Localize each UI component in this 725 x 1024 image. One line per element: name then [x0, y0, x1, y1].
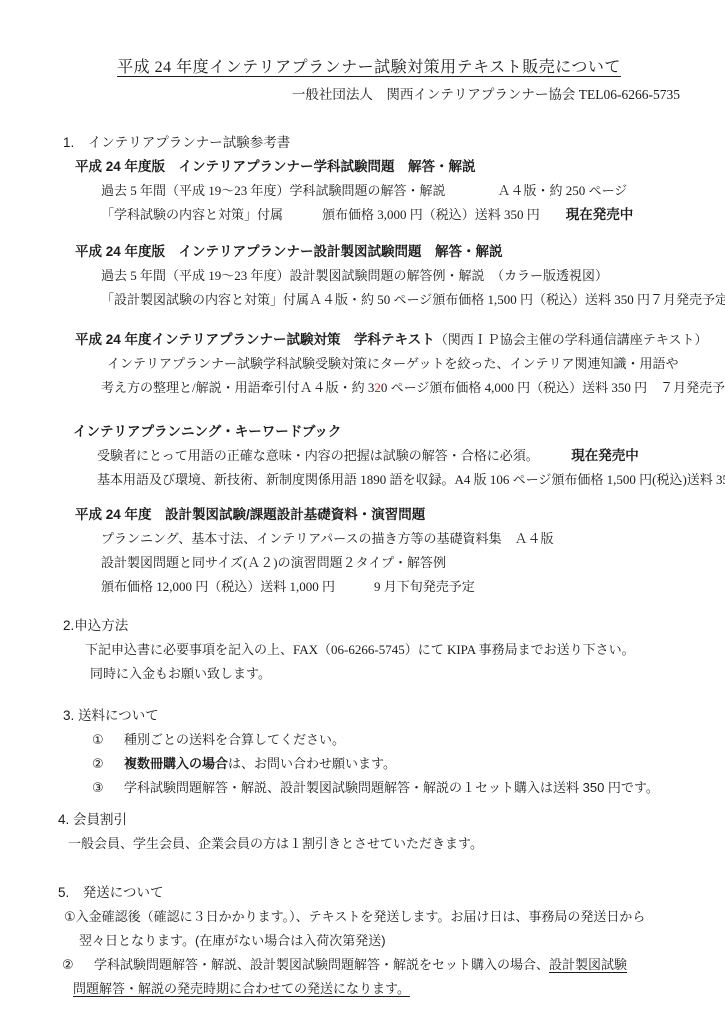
item-text-underlined: 設計製図試験 — [549, 957, 627, 972]
publisher-line: 一般社団法人 関西インテリアプランナー協会 TEL06-6266-5735 — [58, 83, 680, 107]
doc-title-text: 平成 24 年度インテリアプランナー試験対策用テキスト販売について — [117, 59, 621, 76]
section-4-kaiin: 4. 会員割引 一般会員、学生会員、企業会員の方は１割引きとさせていただきます。 — [58, 808, 680, 856]
section-2-line: 同時に入金もお願い致します。 — [90, 662, 680, 686]
detail-text: 受験者にとって用語の正確な意味・内容の把握は試験の解答・合格に必須。 — [97, 448, 571, 463]
product-title: 平成 24 年度版 インテリアプランナー設計製図試験問題 解答・解説 — [75, 240, 680, 264]
product-title: 平成 24 年度インテリアプランナー試験対策 学科テキスト（関西ＩＰ協会主催の学… — [75, 328, 680, 352]
circle-2-marker: ② — [92, 752, 112, 776]
section-3-soryo: 3. 送料について ①種別ごとの送料を合算してください。 ②複数冊購入の場合は、… — [58, 704, 680, 800]
circle-1-marker: ① — [64, 909, 76, 924]
circle-2-marker: ② — [62, 953, 82, 977]
section-3-item-3: ③学科試験問題解答・解説、設計製図試験問題解答・解説の１セット購入は送料 350… — [92, 776, 680, 800]
price-text: 「学科試験の内容と対策」付属 頒布価格 3,000 円（税込）送料 350 円 — [101, 207, 566, 222]
status-on-sale: 現在発売中 — [571, 448, 639, 463]
product-detail-line: 考え方の整理と/解説・用語牽引付Ａ４版・約 320 ページ頒布価格 4,000 … — [101, 376, 680, 400]
product-title: インテリアプランニング・キーワードブック — [73, 420, 680, 444]
item-text-underlined: 問題解答・解説の発売時期に合わせての発送になります。 — [73, 981, 410, 996]
product-detail-line: 「学科試験の内容と対策」付属 頒布価格 3,000 円（税込）送料 350 円 … — [101, 203, 680, 227]
status-on-sale: 現在発売中 — [566, 207, 634, 222]
section-4-line: 一般会員、学生会員、企業会員の方は１割引きとさせていただきます。 — [68, 832, 680, 856]
product-title-text: 平成 24 年度インテリアプランナー試験対策 学科テキスト — [75, 332, 435, 347]
product-detail-line: 設計製図問題と同サイズ(Ａ２)の演習問題２タイプ・解答例 — [101, 551, 680, 575]
product-keyword-book: インテリアプランニング・キーワードブック 受験者にとって用語の正確な意味・内容の… — [58, 420, 680, 492]
section-3-heading: 3. 送料について — [63, 704, 680, 728]
product-detail-line: 過去 5 年間（平成 19～23 年度）学科試験問題の解答・解説 Ａ４版・約 2… — [101, 179, 680, 203]
product-detail-line: プランニング、基本寸法、インテリアパースの描き方等の基礎資料集 Ａ４版 — [101, 527, 680, 551]
product-gakka-mondai: 平成 24 年度版 インテリアプランナー学科試験問題 解答・解説 過去 5 年間… — [58, 155, 680, 227]
circle-1-marker: ① — [92, 728, 112, 752]
item-text: 学科試験問題解答・解説、設計製図試験問題解答・解説の１セット購入は送料 350 … — [124, 780, 659, 795]
item-text-bold: 複数冊購入の場合 — [124, 756, 228, 771]
doc-title: 平成 24 年度インテリアプランナー試験対策用テキスト販売について — [58, 55, 680, 81]
product-detail-line: 過去 5 年間（平成 19～23 年度）設計製図試験問題の解答例・解説 （カラー… — [101, 264, 680, 288]
product-detail-line: インテリアプランナー試験学科試験受験対策にターゲットを絞った、インテリア関連知識… — [107, 352, 680, 376]
product-title: 平成 24 年度 設計製図試験/課題設計基礎資料・演習問題 — [75, 503, 680, 527]
product-kadai-shiryo: 平成 24 年度 設計製図試験/課題設計基礎資料・演習問題 プランニング、基本寸… — [58, 503, 680, 599]
item-text: 種別ごとの送料を合算してください。 — [124, 732, 345, 747]
section-5-item-2-cont: 問題解答・解説の発売時期に合わせての発送になります。 — [73, 977, 680, 1001]
section-3-item-1: ①種別ごとの送料を合算してください。 — [92, 728, 680, 752]
product-title-note: （関西ＩＰ協会主催の学科通信講座テキスト） — [435, 332, 708, 347]
item-text: は、お問い合わせ願います。 — [228, 756, 396, 771]
section-3-item-2: ②複数冊購入の場合は、お問い合わせ願います。 — [92, 752, 680, 776]
section-2-moshikomi: 2.申込方法 下記申込書に必要事項を記入の上、FAX（06-6266-5745）… — [58, 614, 680, 686]
product-detail-line: 受験者にとって用語の正確な意味・内容の把握は試験の解答・合格に必須。 現在発売中 — [97, 444, 680, 468]
item-text: 学科試験問題解答・解説、設計製図試験問題解答・解説をセット購入の場合、 — [94, 957, 549, 972]
section-5-item-1: ①入金確認後（確認に３日かかります。）、テキストを発送します。お届け日は、事務局… — [64, 905, 680, 929]
section-5-item-1-cont: 翌々日となります。(在庫がない場合は入荷次第発送) — [79, 929, 680, 953]
detail-text: 0 ページ頒布価格 4,000 円（税込）送料 350 円 ７月発売予定 — [381, 380, 725, 395]
document-page: 平成 24 年度インテリアプランナー試験対策用テキスト販売について 一般社団法人… — [0, 0, 725, 1024]
product-seizu-mondai: 平成 24 年度版 インテリアプランナー設計製図試験問題 解答・解説 過去 5 … — [58, 240, 680, 312]
section-2-line: 下記申込書に必要事項を記入の上、FAX（06-6266-5745）にて KIPA… — [85, 638, 680, 662]
item-text: 入金確認後（確認に３日かかります。）、テキストを発送します。お届け日は、事務局の… — [76, 909, 646, 924]
section-5-item-2: ②学科試験問題解答・解説、設計製図試験問題解答・解説をセット購入の場合、設計製図… — [62, 953, 680, 977]
product-detail-line: 「設計製図試験の内容と対策」付属Ａ４版・約 50 ページ頒布価格 1,500 円… — [101, 288, 680, 312]
product-gakka-text: 平成 24 年度インテリアプランナー試験対策 学科テキスト（関西ＩＰ協会主催の学… — [58, 328, 680, 400]
section-1-heading: 1. インテリアプランナー試験参考書 — [63, 131, 680, 155]
product-title: 平成 24 年度版 インテリアプランナー学科試験問題 解答・解説 — [75, 155, 680, 179]
product-detail-line: 基本用語及び環境、新技術、新制度関係用語 1890 語を収録。A4 版 106 … — [97, 468, 680, 492]
section-5-heading: 5. 発送について — [58, 881, 680, 905]
product-detail-line: 頒布価格 12,000 円（税込）送料 1,000 円 9 月下旬発売予定 — [101, 575, 680, 599]
detail-text: 考え方の整理と/解説・用語牽引付Ａ４版・約 3 — [101, 380, 374, 395]
section-2-heading: 2.申込方法 — [63, 614, 680, 638]
circle-3-marker: ③ — [92, 776, 112, 800]
section-4-heading: 4. 会員割引 — [58, 808, 680, 832]
section-5-hasso: 5. 発送について ①入金確認後（確認に３日かかります。）、テキストを発送します… — [58, 881, 680, 1001]
